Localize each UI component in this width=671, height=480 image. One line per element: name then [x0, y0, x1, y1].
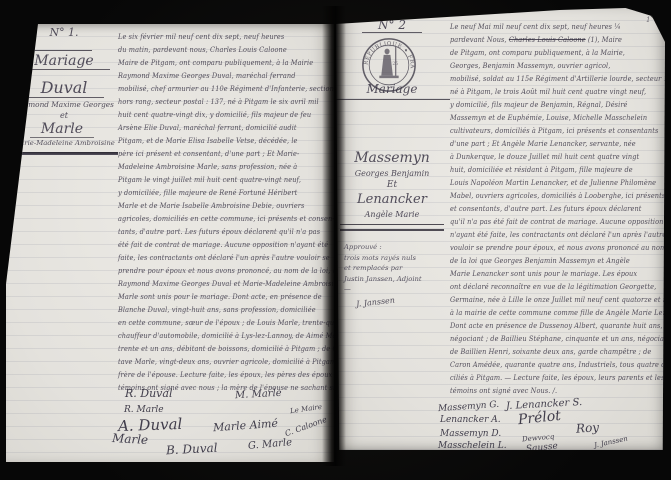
signature: Le Maire	[290, 403, 323, 415]
left-act-body: Le six février mil neuf cent dix sept, n…	[118, 30, 334, 394]
rule	[30, 50, 92, 51]
handwritten-line: Mabel, ouvriers agricoles, domiciliés à …	[450, 189, 643, 202]
handwritten-line: d'une part ; Et Angèle Marie Lenancker, …	[450, 137, 643, 150]
handwritten-line: Justin Janssen, Adjoint	[344, 274, 446, 285]
right-page: 1 N° 2 RÉPUBLIQUE ✦ FRANÇAISE 25 Ma	[336, 8, 665, 450]
handwritten-line: pardevant Nous, Charles Louis Caloone (1…	[450, 33, 643, 46]
groom-given-names: Georges Benjamin	[338, 169, 446, 178]
binding-gutter-shadow	[322, 6, 346, 466]
conjunction: Et	[338, 180, 446, 190]
signature: M. Marle	[235, 388, 282, 401]
handwritten-line: Pitgam le vingt juillet mil huit cent qu…	[118, 173, 321, 186]
handwritten-line: agricoles, domiciliés en cette commune, …	[118, 212, 321, 225]
handwritten-line: mobilisé, soldat au 115e Régiment d'Arti…	[450, 72, 643, 85]
handwritten-line: y domiciliée, fille majeure de René Fort…	[118, 186, 321, 199]
handwritten-line: ont déclaré reconnaître en vue de la lég…	[450, 280, 643, 293]
groom-given-names: Raymond Maxime Georges	[8, 100, 120, 109]
act-number: N° 2	[362, 18, 422, 33]
handwritten-line: chauffeur d'automobile, domicilié à Lys-…	[118, 329, 321, 342]
handwritten-line: de Baillien Henri, soixante deux ans, ga…	[450, 345, 643, 358]
signature: Marle	[112, 431, 149, 447]
signature: G. Marle	[248, 437, 293, 452]
handwritten-line: cultivateurs, domiciliés à Pitgam, ici p…	[450, 124, 643, 137]
closing-double-rule	[340, 224, 444, 231]
handwritten-line: Arsène Elie Duval, maréchal ferrant, dom…	[118, 121, 321, 134]
signature: Marle Aimé	[213, 417, 279, 435]
annotation-signature: J. Janssen	[356, 292, 427, 308]
handwritten-line: à la mairie de cette commune comme fille…	[450, 306, 643, 319]
handwritten-line: et remplacés par	[344, 263, 446, 274]
handwritten-line: n'ayant été faite, les contractants ont …	[450, 228, 643, 241]
register-scan: N° 1. Mariage Duval Raymond Maxime Georg…	[0, 0, 671, 480]
handwritten-line: en cette commune, sœur de l'époux ; de L…	[118, 316, 321, 329]
handwritten-line: Madeleine Ambroisine Marle, sans profess…	[118, 160, 321, 173]
handwritten-line: Massemyn et de Euphémie, Louise, Michell…	[450, 111, 643, 124]
handwritten-line: hors rang, secteur postal : 137, né à Pi…	[118, 95, 321, 108]
handwritten-line: de la loi que Georges Benjamin Massemyn …	[450, 254, 643, 267]
handwritten-line: Le neuf Mai mil neuf cent dix sept, neuf…	[450, 20, 643, 33]
handwritten-line: né à Pitgam, le trois Août mil huit cent…	[450, 85, 643, 98]
handwritten-line: huit cent quatre-vingt dix, y domicilié,…	[118, 108, 321, 121]
signature: R. Duval	[125, 387, 172, 400]
handwritten-line: qu'il n'a pas été fait de contrat de mar…	[450, 215, 643, 228]
handwritten-line: —	[344, 284, 446, 295]
signature: Massemyn G.	[438, 400, 500, 414]
handwritten-line: Le six février mil neuf cent dix sept, n…	[118, 30, 321, 43]
right-act-body: Le neuf Mai mil neuf cent dix sept, neuf…	[450, 20, 664, 397]
stamp-figure: 25	[379, 47, 398, 79]
handwritten-line: Pitgam, et de Marie Elisa Isabelle Vetse…	[118, 134, 321, 147]
signature: J. Janssen	[594, 435, 629, 450]
bride-given-names: Angèle Marie	[338, 210, 446, 219]
bride-given-names: Marie-Madeleine Ambroisine	[6, 139, 122, 147]
handwritten-line: Caron Amédée, quarante quatre ans, Indus…	[450, 358, 643, 371]
handwritten-line: prendre pour époux et nous avons prononc…	[118, 264, 321, 277]
handwritten-line: Germaine, née à Lille le onze Juillet mi…	[450, 293, 643, 306]
handwritten-line: du matin, pardevant nous, Charles Louis …	[118, 43, 321, 56]
handwritten-line: tave Marle, vingt-deux ans, ouvrier agri…	[118, 355, 321, 368]
marginal-annotation: Approuvé :trois mots rayés nulset rempla…	[344, 242, 446, 295]
handwritten-line: à Dunkerque, le douze Juillet mil huit c…	[450, 150, 643, 163]
closing-bar	[20, 152, 118, 155]
handwritten-line: huit, domiciliée et résidant à Pitgam, f…	[450, 163, 643, 176]
handwritten-line: faite, les contractants ont déclaré l'un…	[118, 251, 321, 264]
handwritten-line: trois mots rayés nuls	[344, 253, 446, 264]
signature: Masschelein L.	[438, 441, 507, 450]
handwritten-line: Marie Lenancker sont unis pour le mariag…	[450, 267, 643, 280]
signature: Massemyn D.	[440, 429, 501, 439]
bride-surname: Lenancker	[338, 192, 446, 207]
handwritten-line: Approuvé :	[344, 242, 446, 253]
handwritten-line: Raymond Maxime Georges Duval, maréchal f…	[118, 69, 321, 82]
handwritten-line: vouloir se prendre pour époux, et nous a…	[450, 241, 643, 254]
handwritten-line: négociant ; de Baillieu Stéphane, cinqua…	[450, 332, 643, 345]
handwritten-line: frère de l'épouse. Lecture faite, les ép…	[118, 368, 321, 381]
groom-surname: Massemyn	[338, 150, 446, 166]
signature: Lenancker A.	[440, 415, 501, 425]
handwritten-line: et consentants, d'autre part. Les futurs…	[450, 202, 643, 215]
svg-text:25: 25	[392, 62, 398, 67]
handwritten-line: Dont acte en présence de Dussenoy Albert…	[450, 319, 643, 332]
handwritten-line: père ici présent et consentant, d'une pa…	[118, 147, 321, 160]
handwritten-line: Maire de Pitgam, ont comparu publiquemen…	[118, 56, 321, 69]
handwritten-line: Blanche Duval, vingt-huit ans, sans prof…	[118, 303, 321, 316]
handwritten-line: trente et un ans, débitant de boissons, …	[118, 342, 321, 355]
act-type-label: Mariage	[18, 53, 110, 70]
signature: Prélot	[517, 408, 561, 428]
signature: Roy	[576, 420, 600, 436]
rule	[336, 99, 450, 100]
handwritten-line: Marle et de Marie Isabelle Ambroisine De…	[118, 199, 321, 212]
handwritten-line: été fait de contrat de mariage. Aucune o…	[118, 238, 321, 251]
handwritten-line: y domicilié, fils majeur de Benjamin, Ré…	[450, 98, 643, 111]
act-number: N° 1.	[14, 26, 114, 39]
bride-surname: Marle	[30, 121, 94, 138]
handwritten-line: de Pitgam, ont comparu publiquement, à l…	[450, 46, 643, 59]
handwritten-line: Raymond Maxime Georges Duval et Marie-Ma…	[118, 277, 321, 290]
left-page: N° 1. Mariage Duval Raymond Maxime Georg…	[6, 24, 334, 462]
groom-surname: Duval	[24, 78, 104, 98]
signature: B. Duval	[166, 441, 218, 458]
handwritten-line: Georges, Benjamin Massemyn, ouvrier agri…	[450, 59, 643, 72]
signature: R. Marle	[124, 405, 164, 415]
handwritten-line: ciliés à Pitgam. — Lecture faite, les ép…	[450, 371, 643, 384]
handwritten-line: Louis Napoléon Martin Lenancker, et de J…	[450, 176, 643, 189]
conjunction: et	[14, 111, 114, 120]
handwritten-line: mobilisé, chef armurier au 110e Régiment…	[118, 82, 321, 95]
act-type-label: Mariage	[338, 82, 446, 96]
handwritten-line: Marle sont unis pour le mariage. Dont ac…	[118, 290, 321, 303]
handwritten-line: témoins ont signé avec Nous. /.	[450, 384, 643, 397]
handwritten-line: tants, d'autre part. Les futurs époux dé…	[118, 225, 321, 238]
